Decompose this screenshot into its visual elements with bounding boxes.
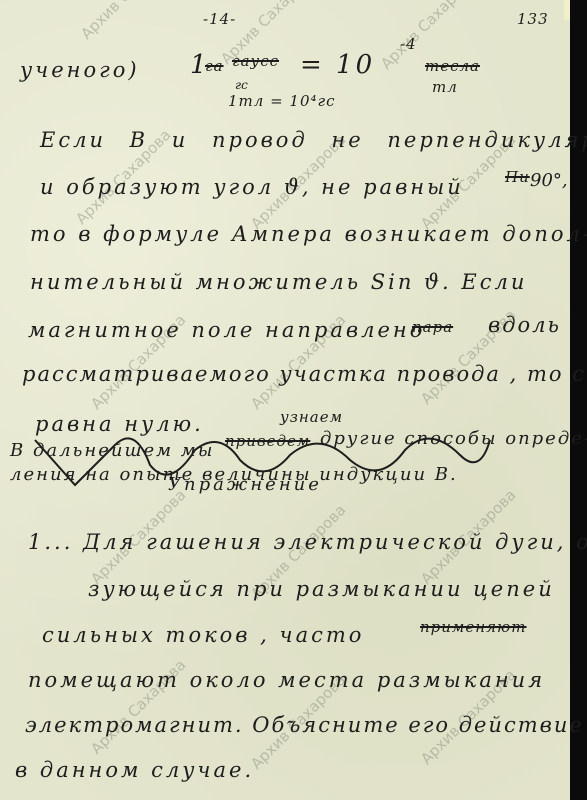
struck-text: пара xyxy=(412,318,453,336)
text-line: и образуют угол ϑ, не равный xyxy=(40,175,464,199)
text-line: магнитное поле направлено xyxy=(28,318,425,342)
text-line: электромагнит. Объясните его действие xyxy=(25,713,584,737)
text-line: в данном случае. xyxy=(15,758,254,782)
page-edge-shadow xyxy=(570,0,587,800)
struck-text: тесла xyxy=(425,57,480,75)
formula-exponent: -4 xyxy=(400,35,417,53)
struck-text: га xyxy=(205,57,224,75)
text-line: зующейся при размыкании цепей xyxy=(88,577,555,601)
text-line: 90°, xyxy=(530,170,568,191)
page-corner xyxy=(564,0,570,20)
page-number-center: -14- xyxy=(203,10,236,28)
formula-conversion: 1тл = 10⁴гс xyxy=(228,92,336,110)
text-line: рассматриваемого участка провода , то си… xyxy=(22,362,587,386)
text-line: сильных токов , часто xyxy=(42,623,364,647)
text-line: Если В и провод не перпендикулярны xyxy=(40,128,587,152)
formula-eq: = 10 xyxy=(300,50,375,80)
struck-text: Пи xyxy=(505,168,530,186)
text-line: то в формуле Ампера возникает допол- xyxy=(30,222,587,246)
page-number-corner: 133 xyxy=(517,10,549,28)
text-line: ученого) xyxy=(20,58,140,82)
struck-text: гаусс xyxy=(232,52,279,70)
unit-label: гс xyxy=(235,78,248,92)
text-line: помещают около места размыкания xyxy=(28,668,545,692)
insertion-text: узнаем xyxy=(280,408,343,426)
text-line: вдоль xyxy=(488,313,561,337)
unit-label: тл xyxy=(432,78,458,96)
struck-text: применяют xyxy=(420,618,526,636)
text-line: 1... Для гашения электрической дуги, обр… xyxy=(28,530,587,554)
text-line: нительный множитель Sin ϑ. Если xyxy=(30,270,527,294)
section-heading: Упражнение xyxy=(168,474,322,495)
